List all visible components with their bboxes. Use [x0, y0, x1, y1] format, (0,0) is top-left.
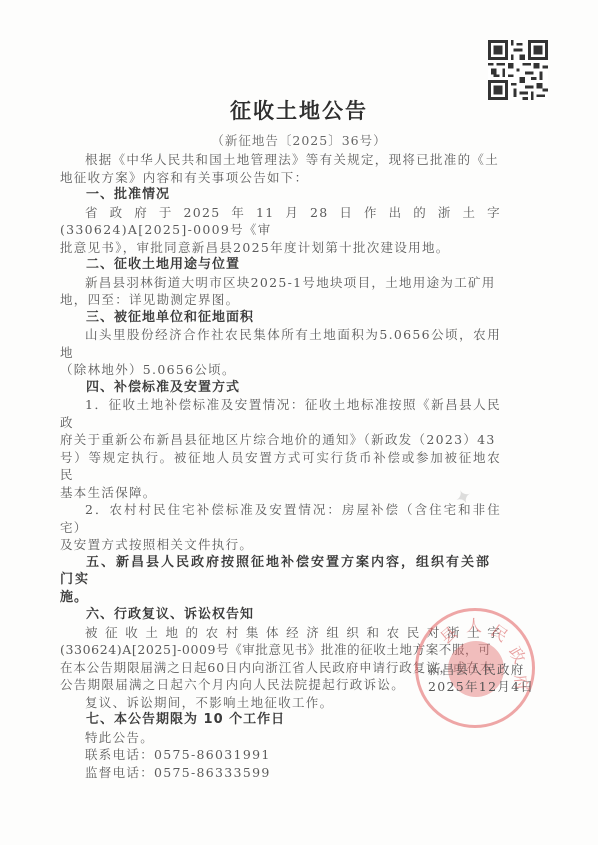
section-4-item-2-cont: 及安置方式按照相关文件执行。: [60, 536, 501, 554]
section-heading-6: 六、行政复议、诉讼权告知: [60, 606, 501, 624]
text-line: 批意见书》，审批同意新昌县2025年度计划第十批次建设用地。: [60, 239, 501, 257]
document-page: 征收土地公告 （新征地告〔2025〕36号） 根据《中华人民共和国土地管理法》等…: [0, 0, 598, 845]
section-3-paragraph: 山头里股份经济合作社农民集体所有土地面积为5.0656公顷，农用地: [60, 326, 501, 361]
section-heading-5-cont: 施。: [60, 589, 501, 607]
section-heading-1: 一、批准情况: [60, 186, 501, 204]
qr-code[interactable]: [488, 40, 548, 100]
section-heading-3: 三、被征地单位和征地面积: [60, 309, 501, 327]
section-heading-5: 五、新昌县人民政府按照征地补偿安置方案内容，组织有关部门实: [60, 554, 501, 589]
text-line: 府关于重新公布新昌县征地区片综合地价的通知》（新政发（2023）43: [60, 431, 501, 449]
signature-block: 新昌县人民政府 2025年12月4日: [428, 661, 534, 695]
section-1-paragraph: 省政府于2025年11月28日作出的浙土字(330624)A[2025]-000…: [60, 204, 501, 239]
contact-phone-label: 联系电话：: [85, 747, 154, 762]
section-1-paragraph-cont: 批意见书》，审批同意新昌县2025年度计划第十批次建设用地。: [60, 239, 501, 257]
supervision-phone[interactable]: 0575-86333599: [154, 765, 271, 780]
issue-date: 2025年12月4日: [428, 678, 534, 695]
supervision-phone-row: 监督电话：0575-86333599: [60, 764, 501, 782]
section-4-item-1-cont: 号）等规定执行。被征地人员安置方式可实行货币补偿或参加被征地农民: [60, 449, 501, 484]
section-3-paragraph-cont: （除林地外）5.0656公顷。: [60, 361, 501, 379]
page-title: 征收土地公告: [0, 95, 598, 125]
text-line: 根据《中华人民共和国土地管理法》等有关规定，现将已批准的《土: [60, 151, 501, 169]
seal-char: 县: [434, 621, 461, 649]
text-line: 地征收方案》内容和有关事项公告如下：: [60, 169, 501, 187]
seal-char: 民: [487, 618, 513, 646]
qr-code-icon: [488, 40, 548, 100]
intro-paragraph: 根据《中华人民共和国土地管理法》等有关规定，现将已批准的《土: [60, 151, 501, 169]
seal-char: 人: [466, 613, 482, 636]
contact-phone-row: 联系电话：0575-86031991: [60, 746, 501, 764]
supervision-phone-label: 监督电话：: [85, 765, 154, 780]
section-4-item-2: 2．农村村民住宅补偿标准及安置情况：房屋补偿（含住宅和非住宅）: [60, 501, 501, 536]
text-line: 2．农村村民住宅补偿标准及安置情况：房屋补偿（含住宅和非住宅）: [60, 501, 501, 536]
text-line: 地，四至：详见勘测定界图。: [60, 291, 501, 309]
text-line: 号）等规定执行。被征地人员安置方式可实行货币补偿或参加被征地农民: [60, 449, 501, 484]
section-2-paragraph: 新昌县羽林街道大明市区块2025-1号地块项目，土地用途为工矿用: [60, 274, 501, 292]
text-line: 山头里股份经济合作社农民集体所有土地面积为5.0656公顷，农用地: [60, 326, 501, 361]
contact-phone[interactable]: 0575-86031991: [154, 747, 271, 762]
section-heading-4: 四、补偿标准及安置方式: [60, 379, 501, 397]
section-2-paragraph-cont: 地，四至：详见勘测定界图。: [60, 291, 501, 309]
text-line: （除林地外）5.0656公顷。: [60, 361, 501, 379]
text-line: 基本生活保障。: [60, 484, 501, 502]
document-number: （新征地告〔2025〕36号）: [0, 131, 598, 149]
text-line: 1．征收土地补偿标准及安置情况：征收土地标准按照《新昌县人民政: [60, 396, 501, 431]
section-heading-7: 七、本公告期限为 10 个工作日: [60, 711, 501, 729]
text-line: 及安置方式按照相关文件执行。: [60, 536, 501, 554]
issuer: 新昌县人民政府: [428, 661, 534, 678]
text-line: 新昌县羽林街道大明市区块2025-1号地块项目，土地用途为工矿用: [60, 274, 501, 292]
section-heading-2: 二、征收土地用途与位置: [60, 256, 501, 274]
section-4-item-1-cont: 府关于重新公布新昌县征地区片综合地价的通知》（新政发（2023）43: [60, 431, 501, 449]
intro-paragraph-cont: 地征收方案》内容和有关事项公告如下：: [60, 169, 501, 187]
section-4-item-1-cont: 基本生活保障。: [60, 484, 501, 502]
section-4-item-1: 1．征收土地补偿标准及安置情况：征收土地标准按照《新昌县人民政: [60, 396, 501, 431]
closing-text: 特此公告。: [60, 729, 501, 747]
text-line: 省政府于2025年11月28日作出的浙土字(330624)A[2025]-000…: [60, 204, 501, 239]
